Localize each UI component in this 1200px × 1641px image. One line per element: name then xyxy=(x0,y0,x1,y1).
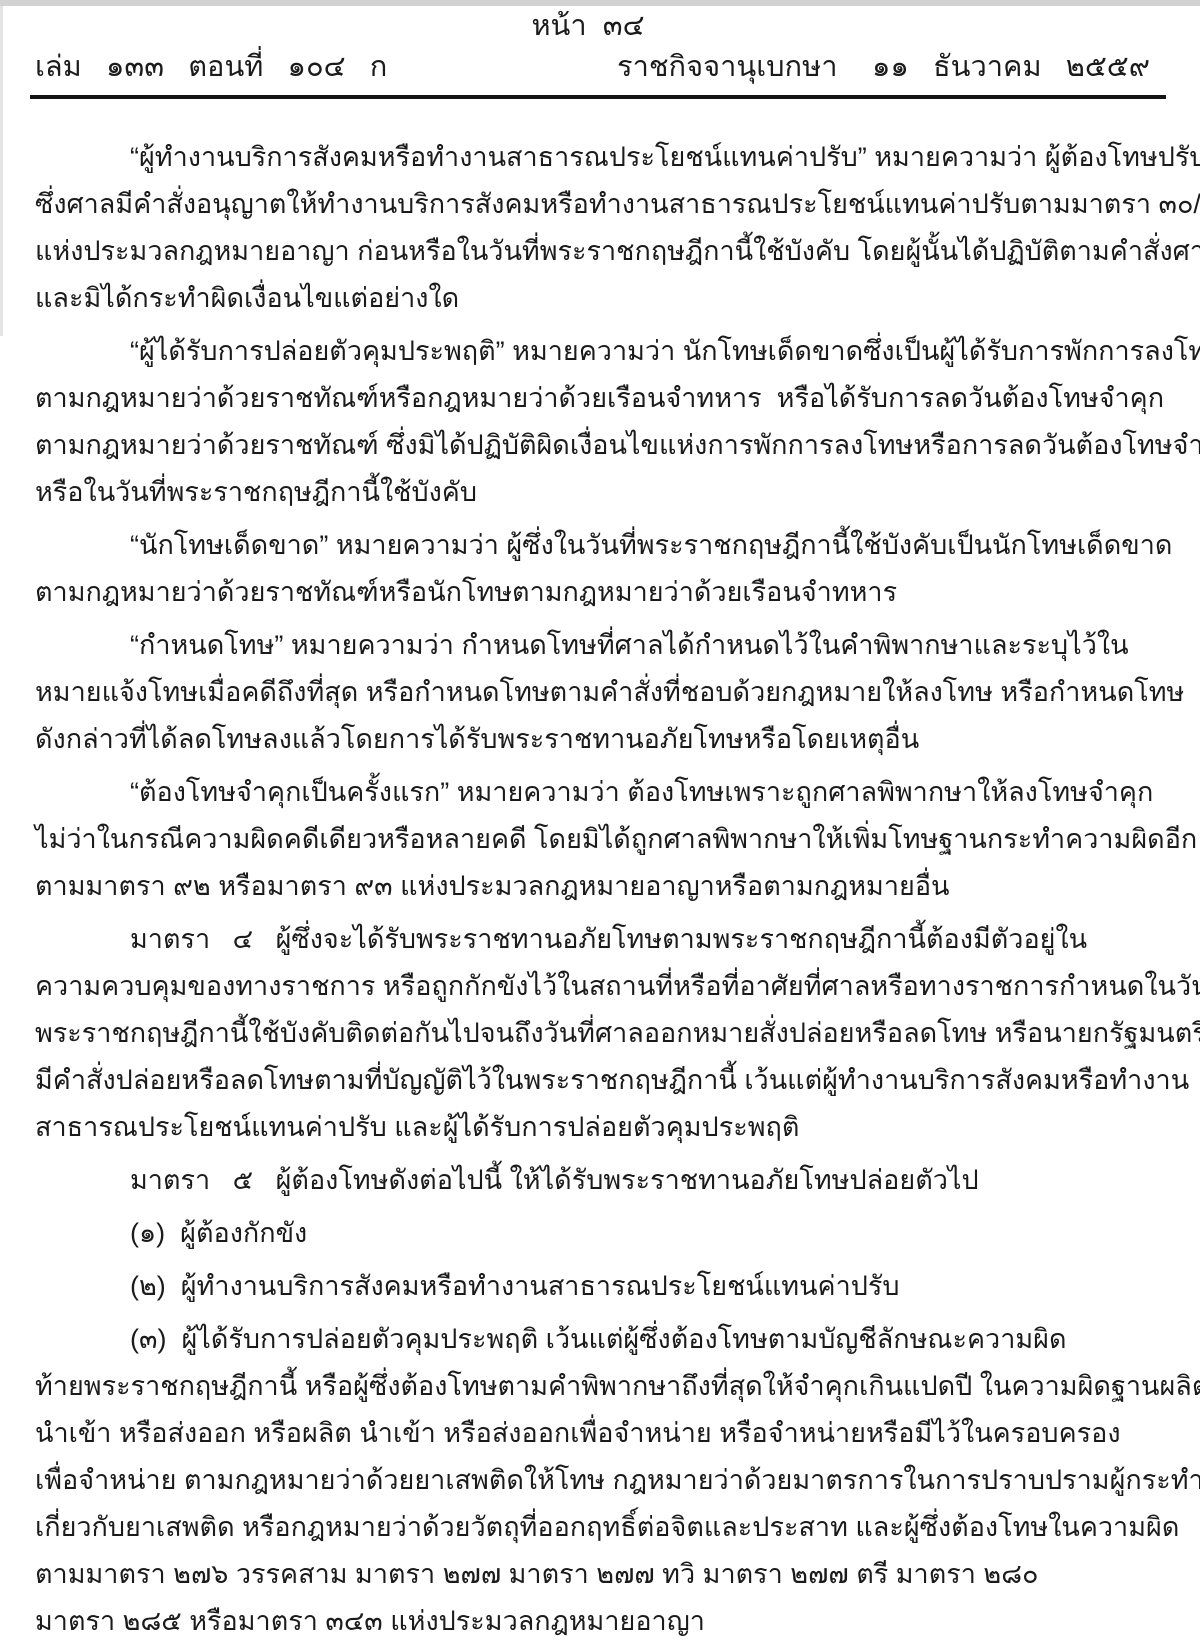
header-divider-rule xyxy=(30,95,1166,99)
text-line: และมิได้กระทำผิดเงื่อนไขแต่อย่างใด xyxy=(35,275,1170,322)
text-line: ตามกฎหมายว่าด้วยราชทัณฑ์หรือกฎหมายว่าด้ว… xyxy=(35,375,1170,422)
text-line: “ผู้ทำงานบริการสังคมหรือทำงานสาธารณประโย… xyxy=(35,134,1170,181)
text-line: สาธารณประโยชน์แทนค่าปรับ และผู้ได้รับการ… xyxy=(35,1104,1170,1151)
text-line: แห่งประมวลกฎหมายอาญา ก่อนหรือในวันที่พระ… xyxy=(35,228,1170,275)
text-line: เพื่อจำหน่าย ตามกฎหมายว่าด้วยยาเสพติดให้… xyxy=(35,1457,1170,1504)
text-line: ตามมาตรา ๒๗๖ วรรคสาม มาตรา ๒๗๗ มาตรา ๒๗๗… xyxy=(35,1551,1170,1598)
text-line: มาตรา ๔ ผู้ซึ่งจะได้รับพระราชทานอภัยโทษต… xyxy=(35,916,1170,963)
text-line: พระราชกฤษฎีกานี้ใช้บังคับติดต่อกันไปจนถึ… xyxy=(35,1010,1170,1057)
volume-section-label: เล่ม ๑๓๓ ตอนที่ ๑๐๔ ก xyxy=(35,50,387,84)
text-line: ตามกฎหมายว่าด้วยราชทัณฑ์ ซึ่งมิได้ปฏิบัต… xyxy=(35,422,1170,469)
text-line: หมายแจ้งโทษเมื่อคดีถึงที่สุด หรือกำหนดโท… xyxy=(35,669,1170,716)
page-number-label: หน้า ๓๔ xyxy=(0,9,1176,43)
text-line: (๒) ผู้ทำงานบริการสังคมหรือทำงานสาธารณปร… xyxy=(35,1263,1170,1310)
text-line: “กำหนดโทษ” หมายความว่า กำหนดโทษที่ศาลได้… xyxy=(35,622,1170,669)
text-line: ตามมาตรา ๙๒ หรือมาตรา ๙๓ แห่งประมวลกฎหมา… xyxy=(35,863,1170,910)
text-line: “ต้องโทษจำคุกเป็นครั้งแรก” หมายความว่า ต… xyxy=(35,769,1170,816)
text-line: ท้ายพระราชกฤษฎีกานี้ หรือผู้ซึ่งต้องโทษต… xyxy=(35,1363,1170,1410)
text-line: ไม่ว่าในกรณีความผิดคดีเดียวหรือหลายคดี โ… xyxy=(35,816,1170,863)
gazette-date: ๑๑ ธันวาคม ๒๕๕๙ xyxy=(872,50,1150,84)
text-line: (๓) ผู้ได้รับการปล่อยตัวคุมประพฤติ เว้นแ… xyxy=(35,1316,1170,1363)
text-line: ความควบคุมของทางราชการ หรือถูกกักขังไว้ใ… xyxy=(35,963,1170,1010)
text-line: เกี่ยวกับยาเสพติด หรือกฎหมายว่าด้วยวัตถุ… xyxy=(35,1504,1170,1551)
scan-left-edge xyxy=(0,6,3,336)
text-line: มีคำสั่งปล่อยหรือลดโทษตามที่บัญญัติไว้ใน… xyxy=(35,1057,1170,1104)
text-line: มาตรา ๕ ผู้ต้องโทษดังต่อไปนี้ ให้ได้รับพ… xyxy=(35,1157,1170,1204)
text-line: “นักโทษเด็ดขาด” หมายความว่า ผู้ซึ่งในวัน… xyxy=(35,522,1170,569)
text-line: ตามกฎหมายว่าด้วยราชทัณฑ์หรือนักโทษตามกฎห… xyxy=(35,569,1170,616)
text-line: (๑) ผู้ต้องกักขัง xyxy=(35,1210,1170,1257)
text-line: มาตรา ๒๘๕ หรือมาตรา ๓๔๓ แห่งประมวลกฎหมาย… xyxy=(35,1598,1170,1641)
text-line: นำเข้า หรือส่งออก หรือผลิต นำเข้า หรือส่… xyxy=(35,1410,1170,1457)
gazette-title: ราชกิจจานุเบกษา xyxy=(617,50,837,84)
scan-top-edge xyxy=(0,0,1200,6)
text-line: “ผู้ได้รับการปล่อยตัวคุมประพฤติ” หมายควา… xyxy=(35,328,1170,375)
document-body: “ผู้ทำงานบริการสังคมหรือทำงานสาธารณประโย… xyxy=(35,134,1170,1641)
text-line: หรือในวันที่พระราชกฤษฎีกานี้ใช้บังคับ xyxy=(35,469,1170,516)
text-line: ซึ่งศาลมีคำสั่งอนุญาตให้ทำงานบริการสังคม… xyxy=(35,181,1170,228)
text-line: ดังกล่าวที่ได้ลดโทษลงแล้วโดยการได้รับพระ… xyxy=(35,716,1170,763)
